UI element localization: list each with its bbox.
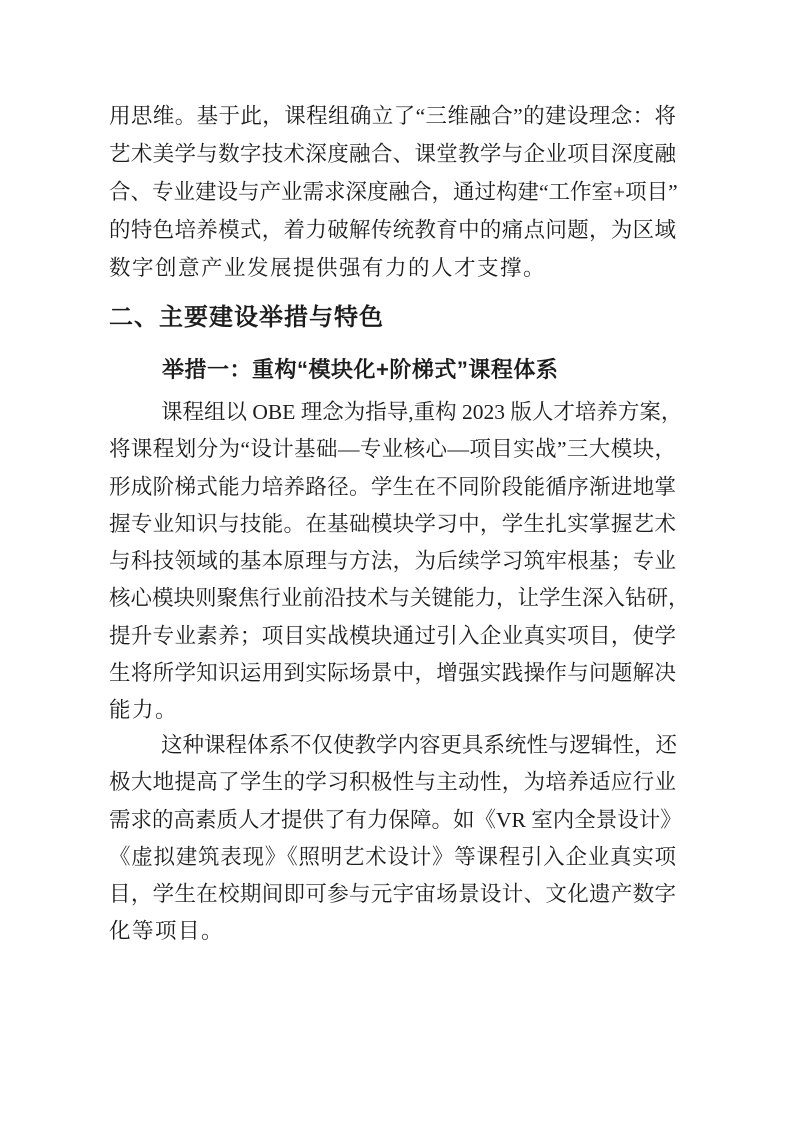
text-line: 目，学生在校期间即可参与元宇宙场景设计、文化遗产数字 xyxy=(109,876,676,913)
text-line: 数字创意产业发展提供强有力的人才支撑。 xyxy=(109,249,676,287)
text-line: 这种课程体系不仅使教学内容更具系统性与逻辑性，还 xyxy=(109,727,676,764)
text-line: 艺术美学与数字技术深度融合、课堂教学与企业项目深度融 xyxy=(109,135,676,173)
text-line: 的特色培养模式，着力破解传统教育中的痛点问题，为区域 xyxy=(109,211,676,249)
document-page: 用思维。基于此，课程组确立了“三维融合”的建设理念：将 艺术美学与数字技术深度融… xyxy=(0,0,793,1122)
text-line: 合、专业建设与产业需求深度融合，通过构建“工作室+项目” xyxy=(109,173,676,211)
subsection-heading: 举措一：重构“模块化+阶梯式”课程体系 xyxy=(109,355,729,385)
text-line: 握专业知识与技能。在基础模块学习中，学生扎实掌握艺术 xyxy=(109,506,676,543)
text-line: 核心模块则聚焦行业前沿技术与关键能力，让学生深入钻研， xyxy=(109,580,676,617)
text-line: 《虚拟建筑表现》《照明艺术设计》等课程引入企业真实项 xyxy=(109,839,676,876)
section-heading: 二、主要建设举措与特色 xyxy=(109,302,676,334)
text-line: 用思维。基于此，课程组确立了“三维融合”的建设理念：将 xyxy=(109,97,676,135)
paragraph-measure-one: 课程组以 OBE 理念为指导,重构 2023 版人才培养方案， 将课程划分为“设… xyxy=(109,394,676,730)
text-line: 生将所学知识运用到实际场景中，增强实践操作与问题解决 xyxy=(109,655,676,692)
text-line: 极大地提高了学生的学习积极性与主动性，为培养适应行业 xyxy=(109,764,676,801)
text-line: 与科技领域的基本原理与方法，为后续学习筑牢根基；专业 xyxy=(109,543,676,580)
text-line: 提升专业素养；项目实战模块通过引入企业真实项目，使学 xyxy=(109,618,676,655)
text-line: 化等项目。 xyxy=(109,913,676,950)
text-line: 形成阶梯式能力培养路径。学生在不同阶段能循序渐进地掌 xyxy=(109,469,676,506)
text-line: 将课程划分为“设计基础—专业核心—项目实战”三大模块， xyxy=(109,431,676,468)
paragraph-intro: 用思维。基于此，课程组确立了“三维融合”的建设理念：将 艺术美学与数字技术深度融… xyxy=(109,97,676,287)
paragraph-course-system: 这种课程体系不仅使教学内容更具系统性与逻辑性，还 极大地提高了学生的学习积极性与… xyxy=(109,727,676,951)
text-line: 课程组以 OBE 理念为指导,重构 2023 版人才培养方案， xyxy=(109,394,676,431)
text-line: 能力。 xyxy=(109,692,676,729)
text-line: 需求的高素质人才提供了有力保障。如《VR 室内全景设计》 xyxy=(109,802,676,839)
